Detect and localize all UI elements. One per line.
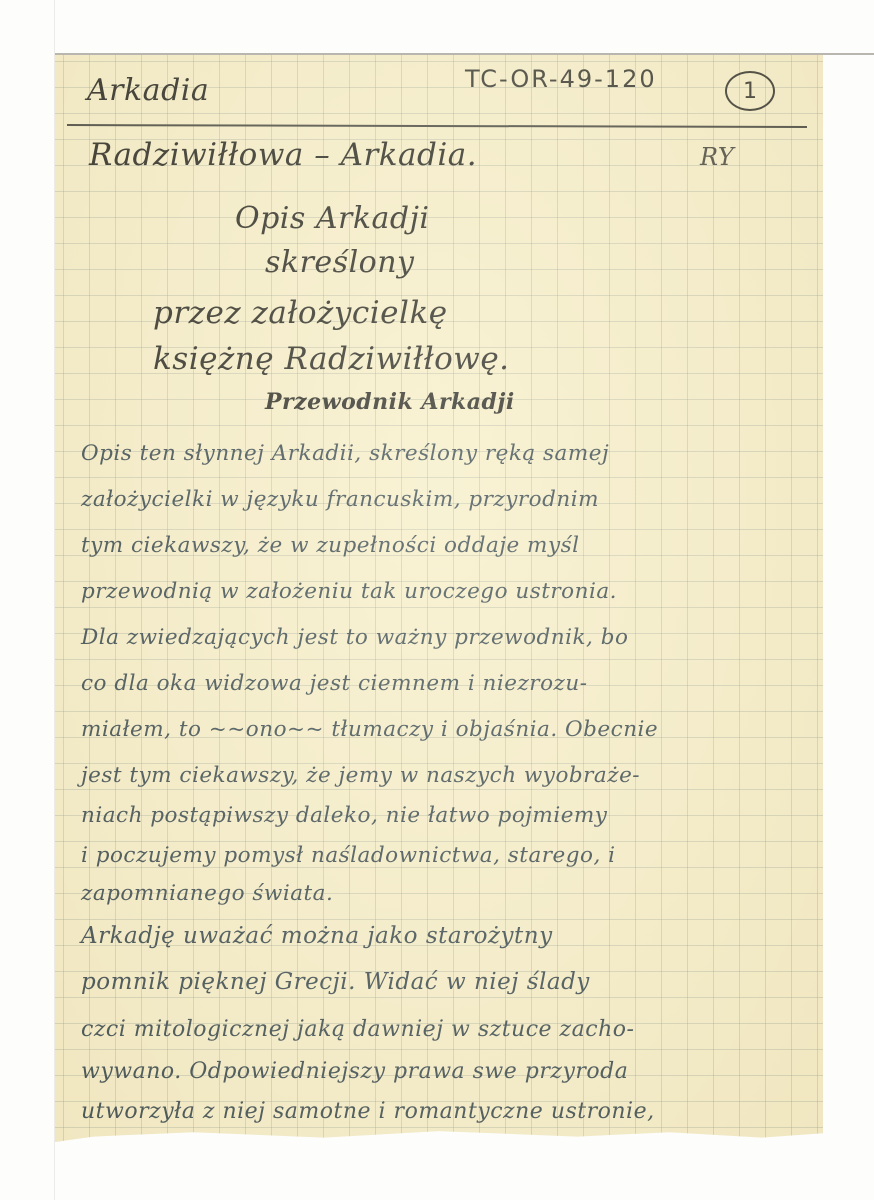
title-line: Opis Arkadji	[235, 201, 430, 236]
page-number: 1	[743, 79, 757, 104]
header-title: Arkadia	[87, 73, 209, 108]
initials-mark: RY	[700, 143, 734, 171]
body-line: czci mitologicznej jaką dawniej w sztuce…	[81, 1017, 634, 1042]
title-line: księżnę Radziwiłłowę.	[153, 341, 510, 377]
body-line: miałem, to ~~ono~~ tłumaczy i objaśnia. …	[81, 717, 658, 742]
header-divider	[67, 124, 807, 128]
catalog-number: TC-OR-49-120	[465, 65, 657, 93]
body-line: Opis ten słynnej Arkadii, skreślony ręką…	[81, 441, 609, 466]
body-line: przewodnią w założeniu tak uroczego ustr…	[81, 579, 617, 604]
body-line: Arkadję uważać można jako starożytny	[81, 923, 553, 949]
title-line: skreślony	[265, 245, 415, 280]
body-line: i poczujemy pomysł naśladownictwa, stare…	[81, 843, 616, 868]
body-line: tym ciekawszy, że w zupełności oddaje my…	[81, 533, 580, 558]
section-heading: Przewodnik Arkadji	[265, 389, 515, 415]
body-line-text: założycielki w języku francuskim, przyro…	[81, 487, 599, 512]
body-line: jest tym ciekawszy, że jemy w naszych wy…	[81, 763, 640, 788]
scan-edge	[54, 0, 55, 1200]
body-line: zapomnianego świata.	[81, 881, 333, 906]
scan-top-line	[55, 53, 874, 55]
page-number-badge: 1	[725, 71, 775, 111]
body-line: wywano. Odpowiedniejszy prawa swe przyro…	[81, 1059, 628, 1084]
body-line: pomnik pięknej Grecji. Widać w niej ślad…	[81, 969, 590, 995]
subtitle: Radziwiłłowa – Arkadia.	[89, 137, 477, 173]
body-line: co dla oka widzowa jest ciemnem i niezro…	[81, 671, 587, 696]
body-line: założycielki w języku francuskim, przyro…	[81, 487, 599, 512]
body-line: niach postąpiwszy daleko, nie łatwo pojm…	[81, 803, 607, 828]
body-line: Dla zwiedzających jest to ważny przewodn…	[81, 625, 628, 650]
title-line: przez założycielkę	[153, 295, 448, 331]
body-line: utworzyła z niej samotne i romantyczne u…	[81, 1099, 655, 1124]
manuscript-page: Arkadia TC-OR-49-120 1 Radziwiłłowa – Ar…	[55, 55, 823, 1142]
